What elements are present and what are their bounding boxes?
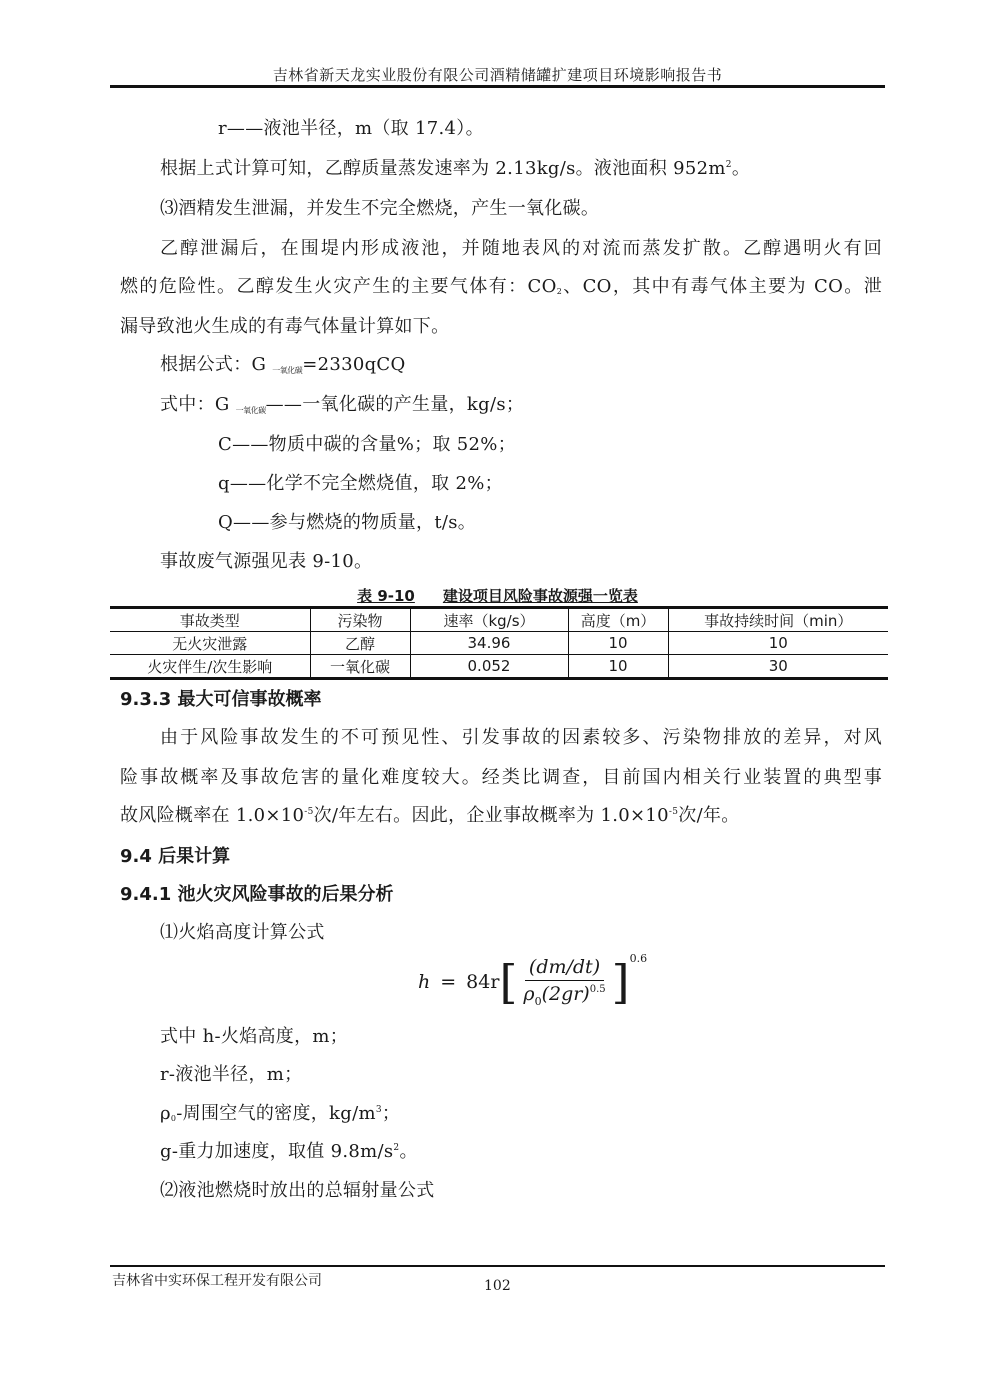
table-row: 火灾伴生/次生影响 一氧化碳 0.052 10 30	[110, 655, 888, 679]
item2-radiation: ⑵液池燃烧时放出的总辐射量公式	[160, 1176, 435, 1202]
table-cell: 10	[568, 632, 668, 655]
table-cell: 火灾伴生/次生影响	[110, 655, 310, 679]
table-cell: 一氧化碳	[310, 655, 410, 679]
para1-line2: 燃的危险性。乙醇发生火灾产生的主要气体有：CO2、CO，其中有毒气体主要为 CO…	[120, 272, 882, 298]
table-row: 无火灾泄露 乙醇 34.96 10 10	[110, 632, 888, 655]
document-header: 吉林省新天龙实业股份有限公司酒精储罐扩建项目环境影响报告书	[110, 64, 885, 85]
flame-height-formula: h = 84r [ (dm/dt) ρ0(2gr)0.5 ] 0.6	[418, 948, 647, 1016]
table-cell: 0.052	[410, 655, 568, 679]
col-header: 事故类型	[110, 608, 310, 632]
where-g: 式中：G 一氧化碳——一氧化碳的产生量，kg/s；	[160, 390, 524, 416]
page-number: 102	[484, 1278, 511, 1294]
col-header: 污染物	[310, 608, 410, 632]
col-header: 事故持续时间（min）	[668, 608, 888, 632]
table-cell: 10	[668, 632, 888, 655]
header-rule	[110, 85, 885, 88]
table-cell: 乙醇	[310, 632, 410, 655]
right-bracket: ]	[612, 959, 630, 1005]
table-cell: 10	[568, 655, 668, 679]
section-heading-9-4-1: 9.4.1 池火灾风险事故的后果分析	[120, 880, 394, 906]
def-rho: ρ0-周围空气的密度，kg/m3；	[160, 1099, 400, 1125]
def-c: C——物质中碳的含量%；取 52%；	[218, 430, 516, 456]
see-table: 事故废气源强见表 9-10。	[160, 547, 372, 573]
table-header-row: 事故类型 污染物 速率（kg/s） 高度（m） 事故持续时间（min）	[110, 608, 888, 632]
para1-line3: 漏导致池火生成的有毒气体量计算如下。	[120, 312, 449, 338]
fraction: (dm/dt) ρ0(2gr)0.5	[519, 956, 609, 1008]
table-caption: 表 9-10建设项目风险事故源强一览表	[110, 585, 885, 606]
section-heading-9-3-3: 9.3.3 最大可信事故概率	[120, 685, 322, 711]
def-h: 式中 h-火焰高度，m；	[160, 1022, 348, 1048]
formula-intro: 根据公式：G 一氧化碳=2330qCQ	[160, 350, 406, 376]
def-q: q——化学不完全燃烧值，取 2%；	[218, 469, 503, 495]
item1-flame-height: ⑴火焰高度计算公式	[160, 918, 325, 944]
def-Q: Q——参与燃烧的物质量，t/s。	[218, 508, 476, 534]
col-header: 速率（kg/s）	[410, 608, 568, 632]
def-g: g-重力加速度，取值 9.8m/s2。	[160, 1137, 418, 1163]
section-933-line1: 由于风险事故发生的不可预见性、引发事故的因素较多、污染物排放的差异，对风	[160, 723, 882, 749]
section-933-line2: 险事故概率及事故危害的量化难度较大。经类比调查，目前国内相关行业装置的典型事	[120, 763, 882, 789]
risk-source-table: 事故类型 污染物 速率（kg/s） 高度（m） 事故持续时间（min） 无火灾泄…	[110, 606, 888, 680]
def-r: r-液池半径，m；	[160, 1060, 302, 1086]
section-heading-9-4: 9.4 后果计算	[120, 842, 230, 868]
footer-company: 吉林省中实环保工程开发有限公司	[112, 1270, 322, 1290]
case3-title: ⑶酒精发生泄漏，并发生不完全燃烧，产生一氧化碳。	[160, 194, 599, 220]
col-header: 高度（m）	[568, 608, 668, 632]
table-cell: 无火灾泄露	[110, 632, 310, 655]
left-bracket: [	[499, 959, 517, 1005]
section-933-line3: 故风险概率在 1.0×10-5次/年左右。因此，企业事故概率为 1.0×10-5…	[120, 801, 740, 827]
table-cell: 34.96	[410, 632, 568, 655]
calc-result: 根据上式计算可知，乙醇质量蒸发速率为 2.13kg/s。液池面积 952m2。	[160, 154, 750, 180]
table-cell: 30	[668, 655, 888, 679]
para1-line1: 乙醇泄漏后，在围堤内形成液池，并随地表风的对流而蒸发扩散。乙醇遇明火有回	[160, 234, 882, 260]
r-definition: r——液池半径，m（取 17.4）。	[218, 114, 484, 140]
footer-rule	[110, 1265, 885, 1267]
